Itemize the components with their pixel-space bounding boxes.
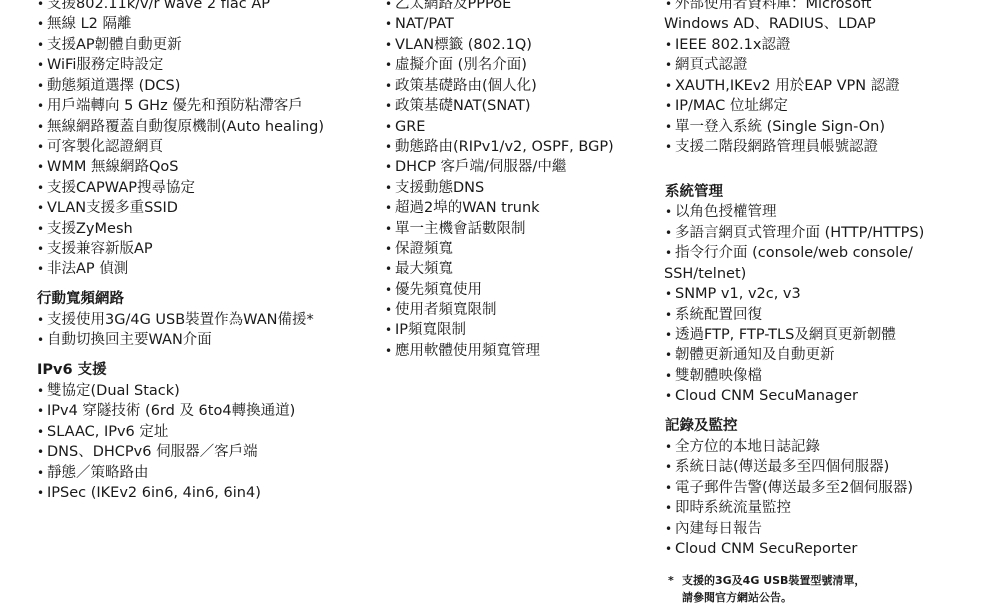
list-item: •優先頻寬使用 <box>385 280 482 300</box>
list-item: •IP頻寬限制 <box>385 320 466 340</box>
list-item: •內建每日報告 <box>665 519 762 539</box>
bullet-icon: • <box>665 35 675 55</box>
list-item: •動態頻道選擇 (DCS) <box>37 76 180 96</box>
bullet-icon: • <box>385 178 395 198</box>
bullet-icon: • <box>665 137 675 157</box>
list-item-text: 政策基礎路由(個人化) <box>395 78 537 94</box>
list-item: •支援動態DNS <box>385 178 484 198</box>
list-item-text: 系統日誌(傳送最多至四個伺服器) <box>675 459 889 475</box>
bullet-icon: • <box>385 280 395 300</box>
bullet-icon: • <box>37 35 47 55</box>
list-item: •WMM 無線網路QoS <box>37 157 178 177</box>
list-item-text: 韌體更新通知及自動更新 <box>675 347 835 363</box>
list-item: •最大頻寬 <box>385 259 453 279</box>
list-item: •IPSec (IKEv2 6in6, 4in6, 6in4) <box>37 483 261 503</box>
list-item: •自動切換回主要WAN介面 <box>37 330 212 350</box>
list-item: •政策基礎路由(個人化) <box>385 76 537 96</box>
bullet-icon: • <box>37 76 47 96</box>
list-item: •靜態／策略路由 <box>37 463 149 483</box>
bullet-icon: • <box>385 35 395 55</box>
list-item-text: 單一登入系統 (Single Sign-On) <box>675 119 885 135</box>
bullet-icon: • <box>37 442 47 462</box>
list-item-continuation: Windows AD、RADIUS、LDAP <box>664 14 876 34</box>
list-item: •虛擬介面 (別名介面) <box>385 55 527 75</box>
list-item: •透過FTP, FTP-TLS及網頁更新韌體 <box>665 325 896 345</box>
bullet-icon: • <box>665 55 675 75</box>
section-heading: 記錄及監控 <box>665 416 738 436</box>
list-item-text: IPv4 穿隧技術 (6rd 及 6to4轉換通道) <box>47 403 295 419</box>
list-item: •支援802.11k/v/r wave 2 flac AP <box>37 0 270 14</box>
list-item-text: 乙太網路及PPPoE <box>395 0 511 12</box>
list-item-text: 指令行介面 (console/web console/ <box>675 245 913 261</box>
list-item-text: Cloud CNM SecuReporter <box>675 541 857 557</box>
list-item: •GRE <box>385 117 425 137</box>
bullet-icon: • <box>37 330 47 350</box>
bullet-icon: • <box>385 219 395 239</box>
list-item: •無線 L2 隔離 <box>37 14 132 34</box>
list-item-text: 非法AP 偵測 <box>47 261 128 277</box>
bullet-icon: • <box>665 498 675 518</box>
list-item-text: 支援兼容新版AP <box>47 241 153 257</box>
bullet-icon: • <box>385 341 395 361</box>
list-item-text: VLAN標籤 (802.1Q) <box>395 37 532 53</box>
list-item-text: 應用軟體使用頻寬管理 <box>395 343 540 359</box>
list-item: •單一主機會話數限制 <box>385 219 526 239</box>
list-item: •以角色授權管理 <box>665 202 777 222</box>
bullet-icon: • <box>37 483 47 503</box>
bullet-icon: • <box>385 300 395 320</box>
bullet-icon: • <box>665 223 675 243</box>
list-item: •用戶端轉向 5 GHz 優先和預防粘滯客戶 <box>37 96 303 116</box>
list-item: •SNMP v1, v2c, v3 <box>665 284 801 304</box>
list-item: •即時系統流量監控 <box>665 498 791 518</box>
bullet-icon: • <box>665 76 675 96</box>
list-item-text: 超過2埠的WAN trunk <box>395 200 540 216</box>
bullet-icon: • <box>385 96 395 116</box>
list-item: •指令行介面 (console/web console/ <box>665 243 913 263</box>
list-item: •非法AP 偵測 <box>37 259 128 279</box>
list-item-text: 透過FTP, FTP-TLS及網頁更新韌體 <box>675 327 896 343</box>
list-item: •網頁式認證 <box>665 55 748 75</box>
section-heading: 行動寬頻網路 <box>37 289 124 309</box>
list-item: •韌體更新通知及自動更新 <box>665 345 835 365</box>
list-item: •支援兼容新版AP <box>37 239 153 259</box>
list-item: •IPv4 穿隧技術 (6rd 及 6to4轉換通道) <box>37 401 295 421</box>
list-item: •外部使用者資料庫：Microsoft <box>665 0 872 14</box>
list-item-text: WMM 無線網路QoS <box>47 159 178 175</box>
list-item-text: 支援802.11k/v/r wave 2 flac AP <box>47 0 270 12</box>
list-item-text: 即時系統流量監控 <box>675 500 791 516</box>
list-item: •雙韌體映像檔 <box>665 366 762 386</box>
bullet-icon: • <box>37 96 47 116</box>
list-item-text: SLAAC, IPv6 定址 <box>47 424 168 440</box>
list-item: •DNS、DHCPv6 伺服器／客戶端 <box>37 442 258 462</box>
list-item: •VLAN標籤 (802.1Q) <box>385 35 532 55</box>
list-item-text: 政策基礎NAT(SNAT) <box>395 98 531 114</box>
list-item: •Cloud CNM SecuManager <box>665 386 858 406</box>
list-item-text: 無線 L2 隔離 <box>47 16 132 32</box>
bullet-icon: • <box>385 117 395 137</box>
list-item: •IEEE 802.1x認證 <box>665 35 790 55</box>
list-item: •VLAN支援多重SSID <box>37 198 178 218</box>
list-item-text: 支援二階段網路管理員帳號認證 <box>675 139 878 155</box>
bullet-icon: • <box>665 117 675 137</box>
list-item-text: 支援動態DNS <box>395 180 484 196</box>
list-item-text: 全方位的本地日誌記錄 <box>675 439 820 455</box>
bullet-icon: • <box>665 243 675 263</box>
list-item: •支援AP韌體自動更新 <box>37 35 182 55</box>
bullet-icon: • <box>37 381 47 401</box>
bullet-icon: • <box>665 305 675 325</box>
bullet-icon: • <box>665 386 675 406</box>
list-item: •動態路由(RIPv1/v2, OSPF, BGP) <box>385 137 614 157</box>
bullet-icon: • <box>665 0 675 14</box>
list-item: •WiFi服務定時設定 <box>37 55 163 75</box>
bullet-icon: • <box>385 259 395 279</box>
list-item-text: 外部使用者資料庫：Microsoft <box>675 0 872 12</box>
list-item: •支援ZyMesh <box>37 219 133 239</box>
bullet-icon: • <box>385 0 395 14</box>
list-item-text: XAUTH,IKEv2 用於EAP VPN 認證 <box>675 78 900 94</box>
list-item-text: 優先頻寬使用 <box>395 282 482 298</box>
bullet-icon: • <box>37 401 47 421</box>
list-item-continuation: SSH/telnet) <box>664 264 746 284</box>
list-item-text: DHCP 客戶端/伺服器/中繼 <box>395 159 566 175</box>
bullet-icon: • <box>385 55 395 75</box>
footnote-star: * <box>668 572 682 589</box>
list-item: •支援CAPWAP搜尋協定 <box>37 178 195 198</box>
list-item-text: 系統配置回復 <box>675 307 762 323</box>
list-item: •使用者頻寬限制 <box>385 300 497 320</box>
bullet-icon: • <box>37 422 47 442</box>
list-item: •乙太網路及PPPoE <box>385 0 511 14</box>
bullet-icon: • <box>665 457 675 477</box>
list-item: •無線網路覆蓋自動復原機制(Auto healing) <box>37 117 324 137</box>
list-item-text: Cloud CNM SecuManager <box>675 388 858 404</box>
bullet-icon: • <box>37 239 47 259</box>
list-item: •Cloud CNM SecuReporter <box>665 539 857 559</box>
bullet-icon: • <box>665 96 675 116</box>
list-item: •保證頻寬 <box>385 239 453 259</box>
list-item-text: IPSec (IKEv2 6in6, 4in6, 6in4) <box>47 485 261 501</box>
list-item-text: 支援AP韌體自動更新 <box>47 37 182 53</box>
bullet-icon: • <box>385 239 395 259</box>
list-item-text: 動態頻道選擇 (DCS) <box>47 78 180 94</box>
footnote-continued: 請參閱官方網站公告。 <box>682 589 792 606</box>
list-item: •NAT/PAT <box>385 14 454 34</box>
list-item: •支援二階段網路管理員帳號認證 <box>665 137 878 157</box>
list-item: •電子郵件告警(傳送最多至2個伺服器) <box>665 478 913 498</box>
list-item-text: 無線網路覆蓋自動復原機制(Auto healing) <box>47 119 324 135</box>
list-item-text: IEEE 802.1x認證 <box>675 37 790 53</box>
list-item: •政策基礎NAT(SNAT) <box>385 96 531 116</box>
bullet-icon: • <box>665 202 675 222</box>
list-item: •多語言網頁式管理介面 (HTTP/HTTPS) <box>665 223 924 243</box>
list-item-text: 電子郵件告警(傳送最多至2個伺服器) <box>675 480 913 496</box>
list-item-text: GRE <box>395 119 425 135</box>
list-item-text: 支援使用3G/4G USB裝置作為WAN備援* <box>47 312 314 328</box>
bullet-icon: • <box>665 284 675 304</box>
bullet-icon: • <box>385 14 395 34</box>
list-item-text: 多語言網頁式管理介面 (HTTP/HTTPS) <box>675 225 924 241</box>
section-heading: 系統管理 <box>665 182 723 202</box>
list-item: •全方位的本地日誌記錄 <box>665 437 820 457</box>
bullet-icon: • <box>37 157 47 177</box>
list-item: •SLAAC, IPv6 定址 <box>37 422 168 442</box>
bullet-icon: • <box>665 519 675 539</box>
list-item: •超過2埠的WAN trunk <box>385 198 540 218</box>
bullet-icon: • <box>37 0 47 14</box>
list-item-text: 使用者頻寬限制 <box>395 302 497 318</box>
bullet-icon: • <box>385 76 395 96</box>
list-item-text: 單一主機會話數限制 <box>395 221 526 237</box>
section-heading: IPv6 支援 <box>37 360 107 380</box>
list-item: •IP/MAC 位址綁定 <box>665 96 788 116</box>
list-item-text: WiFi服務定時設定 <box>47 57 163 73</box>
list-item: •單一登入系統 (Single Sign-On) <box>665 117 885 137</box>
bullet-icon: • <box>665 437 675 457</box>
list-item-text: 支援ZyMesh <box>47 221 133 237</box>
bullet-icon: • <box>665 539 675 559</box>
bullet-icon: • <box>385 137 395 157</box>
bullet-icon: • <box>37 310 47 330</box>
list-item: •應用軟體使用頻寬管理 <box>385 341 540 361</box>
list-item: •XAUTH,IKEv2 用於EAP VPN 認證 <box>665 76 900 96</box>
bullet-icon: • <box>37 55 47 75</box>
bullet-icon: • <box>37 117 47 137</box>
list-item: •雙協定(Dual Stack) <box>37 381 180 401</box>
bullet-icon: • <box>37 137 47 157</box>
list-item-text: SNMP v1, v2c, v3 <box>675 286 801 302</box>
list-item: •支援使用3G/4G USB裝置作為WAN備援* <box>37 310 314 330</box>
list-item-text: NAT/PAT <box>395 16 454 32</box>
list-item: •DHCP 客戶端/伺服器/中繼 <box>385 157 566 177</box>
bullet-icon: • <box>37 14 47 34</box>
bullet-icon: • <box>385 157 395 177</box>
list-item-text: 支援CAPWAP搜尋協定 <box>47 180 195 196</box>
bullet-icon: • <box>37 178 47 198</box>
list-item-text: 雙韌體映像檔 <box>675 368 762 384</box>
bullet-icon: • <box>665 325 675 345</box>
list-item-text: 保證頻寬 <box>395 241 453 257</box>
bullet-icon: • <box>37 219 47 239</box>
list-item-text: IP/MAC 位址綁定 <box>675 98 788 114</box>
footnote: *支援的3G及4G USB裝置型號清單， <box>668 572 865 589</box>
list-item-text: DNS、DHCPv6 伺服器／客戶端 <box>47 444 258 460</box>
list-item-text: 可客製化認證網頁 <box>47 139 163 155</box>
list-item-text: 動態路由(RIPv1/v2, OSPF, BGP) <box>395 139 614 155</box>
list-item-text: 以角色授權管理 <box>675 204 777 220</box>
list-item-text: 網頁式認證 <box>675 57 748 73</box>
list-item-text: 雙協定(Dual Stack) <box>47 383 180 399</box>
bullet-icon: • <box>665 345 675 365</box>
list-item-text: 虛擬介面 (別名介面) <box>395 57 527 73</box>
bullet-icon: • <box>37 198 47 218</box>
list-item-text: 靜態／策略路由 <box>47 465 149 481</box>
list-item-text: IP頻寬限制 <box>395 322 466 338</box>
list-item: •可客製化認證網頁 <box>37 137 163 157</box>
footnote-line-2: 請參閱官方網站公告。 <box>682 591 792 604</box>
list-item-text: 用戶端轉向 5 GHz 優先和預防粘滯客戶 <box>47 98 303 114</box>
list-item-text: VLAN支援多重SSID <box>47 200 178 216</box>
bullet-icon: • <box>385 320 395 340</box>
bullet-icon: • <box>37 463 47 483</box>
list-item-text: 自動切換回主要WAN介面 <box>47 332 212 348</box>
list-item-text: 內建每日報告 <box>675 521 762 537</box>
bullet-icon: • <box>385 198 395 218</box>
bullet-icon: • <box>665 366 675 386</box>
list-item-text: 最大頻寬 <box>395 261 453 277</box>
bullet-icon: • <box>37 259 47 279</box>
list-item: •系統日誌(傳送最多至四個伺服器) <box>665 457 889 477</box>
list-item: •系統配置回復 <box>665 305 762 325</box>
bullet-icon: • <box>665 478 675 498</box>
footnote-line-1: 支援的3G及4G USB裝置型號清單， <box>682 574 865 587</box>
